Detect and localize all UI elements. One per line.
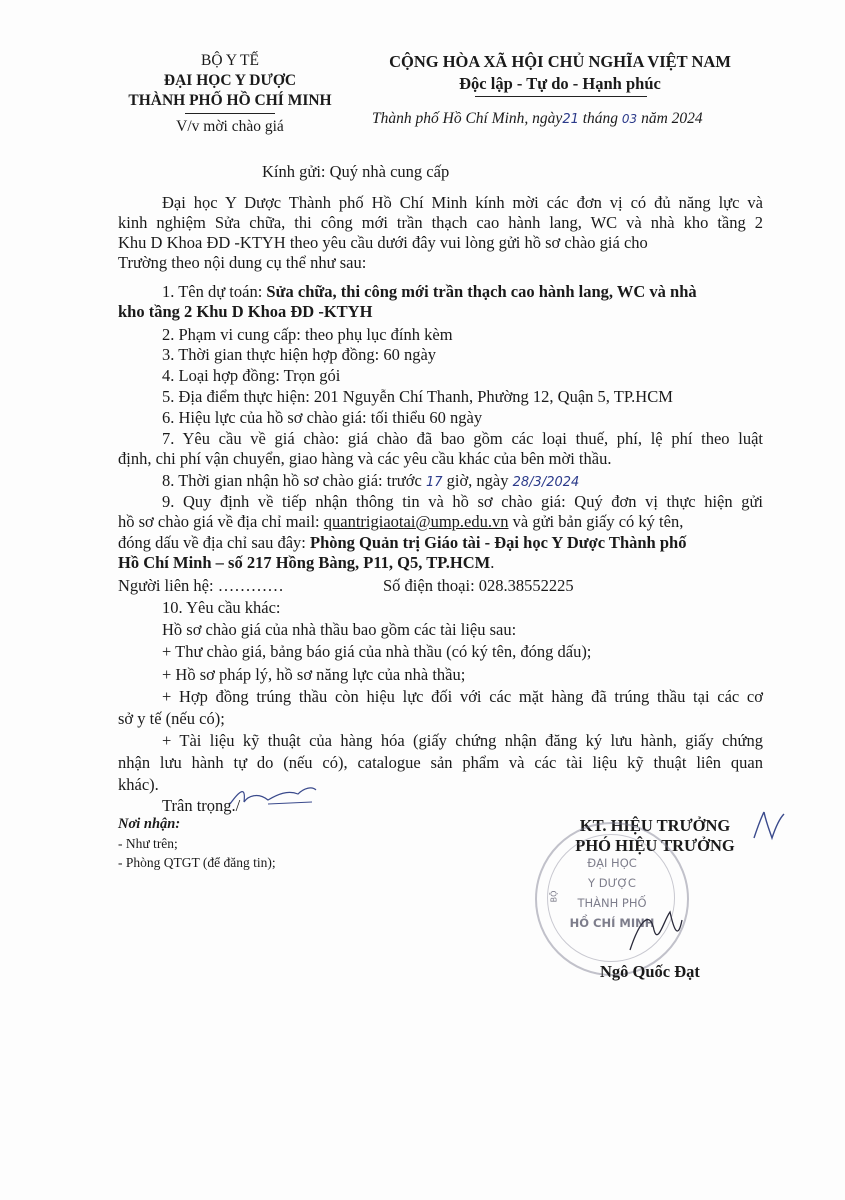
item-4: 4. Loại hợp đồng: Trọn gói <box>162 366 807 385</box>
item-9-line-1: 9. Quy định về tiếp nhận thông tin và hồ… <box>162 492 763 511</box>
doc-item-2: + Hồ sơ pháp lý, hồ sơ năng lực của nhà … <box>162 665 807 684</box>
item-1-line-2: kho tầng 2 Khu D Khoa ĐD -KTYH <box>118 302 763 321</box>
item-8: 8. Thời gian nhận hồ sơ chào giá: trước … <box>162 471 807 492</box>
university-name-line2: THÀNH PHỐ HỒ CHÍ MINH <box>110 92 350 110</box>
intro-line-1: Đại học Y Dược Thành phố Hồ Chí Minh kín… <box>162 193 763 212</box>
salutation: Kính gửi: Quý nhà cung cấp <box>262 162 449 182</box>
item-9-line-3: đóng dấu về địa chỉ sau đây: Phòng Quản … <box>118 533 763 552</box>
intro-line-4: Trường theo nội dung cụ thể như sau: <box>118 253 763 272</box>
project-name: Sửa chữa, thi công mới trần thạch cao hà… <box>266 282 696 301</box>
date-prefix: Thành phố Hồ Chí Minh, ngày <box>372 110 562 127</box>
contact-phone: Số điện thoại: 028.38552225 <box>383 576 763 595</box>
date-month-handwritten: 03 <box>622 112 637 126</box>
deadline-hour-handwritten: 17 <box>426 475 443 490</box>
email-link[interactable]: quantrigiaotai@ump.edu.vn <box>324 512 509 531</box>
header-underline-right <box>475 96 647 97</box>
item-9-line-2: hồ sơ chào giá về địa chỉ mail: quantrig… <box>118 512 763 531</box>
header-underline-left <box>185 113 275 114</box>
doc-item-4-line-3: khác). <box>118 775 763 794</box>
approval-mark-icon <box>748 808 788 844</box>
item-7-line-1: 7. Yêu cầu về giá chào: giá chào đã bao … <box>162 429 763 448</box>
university-name-line1: ĐẠI HỌC Y DƯỢC <box>120 72 340 90</box>
office-address-part-1: Phòng Quản trị Giáo tài - Đại học Y Dược… <box>310 533 686 552</box>
doc-item-3-line-1: + Hợp đồng trúng thầu còn hiệu lực đối v… <box>162 687 763 706</box>
office-address-part-2: Hồ Chí Minh – số 217 Hồng Bàng, P11, Q5,… <box>118 553 490 572</box>
item-3: 3. Thời gian thực hiện hợp đồng: 60 ngày <box>162 345 807 364</box>
intro-line-2: kinh nghiệm Sửa chữa, thi công mới trần … <box>118 213 763 232</box>
signer-name: Ngô Quốc Đạt <box>600 962 700 982</box>
document-page: BỘ Y TẾ ĐẠI HỌC Y DƯỢC THÀNH PHỐ HỒ CHÍ … <box>0 0 845 1200</box>
docs-intro: Hồ sơ chào giá của nhà thầu bao gồm các … <box>162 620 807 639</box>
recipients-title: Nơi nhận: <box>118 816 180 833</box>
recipient-item-1: - Như trên; <box>118 836 178 852</box>
recipient-item-2: - Phòng QTGT (để đăng tin); <box>118 855 276 871</box>
date-month-label: tháng <box>583 110 618 127</box>
director-signature-icon <box>620 900 690 960</box>
doc-item-3-line-2: sở y tế (nếu có); <box>118 709 763 728</box>
date-year: năm 2024 <box>641 110 703 127</box>
deadline-date-handwritten: 28/3/2024 <box>513 475 580 490</box>
initials-signature-icon <box>228 782 318 810</box>
doc-item-4-line-2: nhận lưu hành tự do (nếu có), catalogue … <box>118 753 763 772</box>
item-5: 5. Địa điểm thực hiện: 201 Nguyễn Chí Th… <box>162 387 807 406</box>
document-date: Thành phố Hồ Chí Minh, ngày21 tháng 03 n… <box>372 110 703 128</box>
item-2: 2. Phạm vi cung cấp: theo phụ lục đính k… <box>162 325 807 344</box>
subject-line: V/v mời chào giá <box>140 118 320 136</box>
date-day-handwritten: 21 <box>562 112 579 127</box>
item-7-line-2: định, chi phí vận chuyển, giao hàng và c… <box>118 449 763 468</box>
item-1-line-1: 1. Tên dự toán: Sửa chữa, thi công mới t… <box>162 282 763 301</box>
national-motto: Độc lập - Tự do - Hạnh phúc <box>360 74 760 94</box>
intro-line-3: Khu D Khoa ĐD -KTYH theo yêu cầu dưới đâ… <box>118 233 763 252</box>
item-6: 6. Hiệu lực của hồ sơ chào giá: tối thiể… <box>162 408 807 427</box>
item-10: 10. Yêu cầu khác: <box>162 598 807 617</box>
nation-title: CỘNG HÒA XÃ HỘI CHỦ NGHĨA VIỆT NAM <box>360 52 760 72</box>
ministry-name: BỘ Y TẾ <box>140 52 320 70</box>
doc-item-4-line-1: + Tài liệu kỹ thuật của hàng hóa (giấy c… <box>162 731 763 750</box>
item-9-line-4: Hồ Chí Minh – số 217 Hồng Bàng, P11, Q5,… <box>118 553 763 572</box>
doc-item-1: + Thư chào giá, bảng báo giá của nhà thầ… <box>162 642 807 661</box>
